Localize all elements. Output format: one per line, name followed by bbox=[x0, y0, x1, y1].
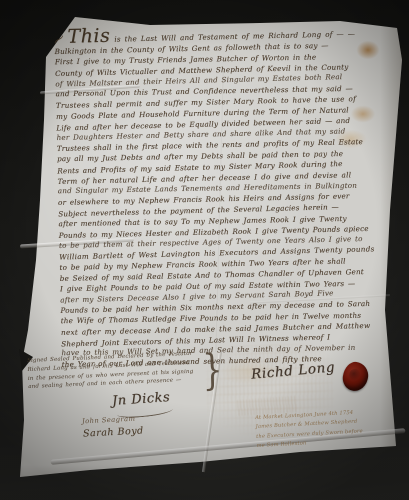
will-body-text: ~ This is the Last Will and Testament of… bbox=[54, 19, 388, 371]
witness-signature-dicks: Jn Dicks bbox=[112, 390, 171, 409]
photograph-of-will-document: ~ This is the Last Will and Testament of… bbox=[0, 0, 409, 500]
probate-memorandum: At Market Lavington June 4th 1754James B… bbox=[255, 408, 377, 452]
will-body-lines: Bulkington in the County of Wilts Gent a… bbox=[54, 40, 387, 371]
attestation-brace: } bbox=[202, 349, 223, 392]
opening-dropcap: This bbox=[67, 25, 110, 48]
